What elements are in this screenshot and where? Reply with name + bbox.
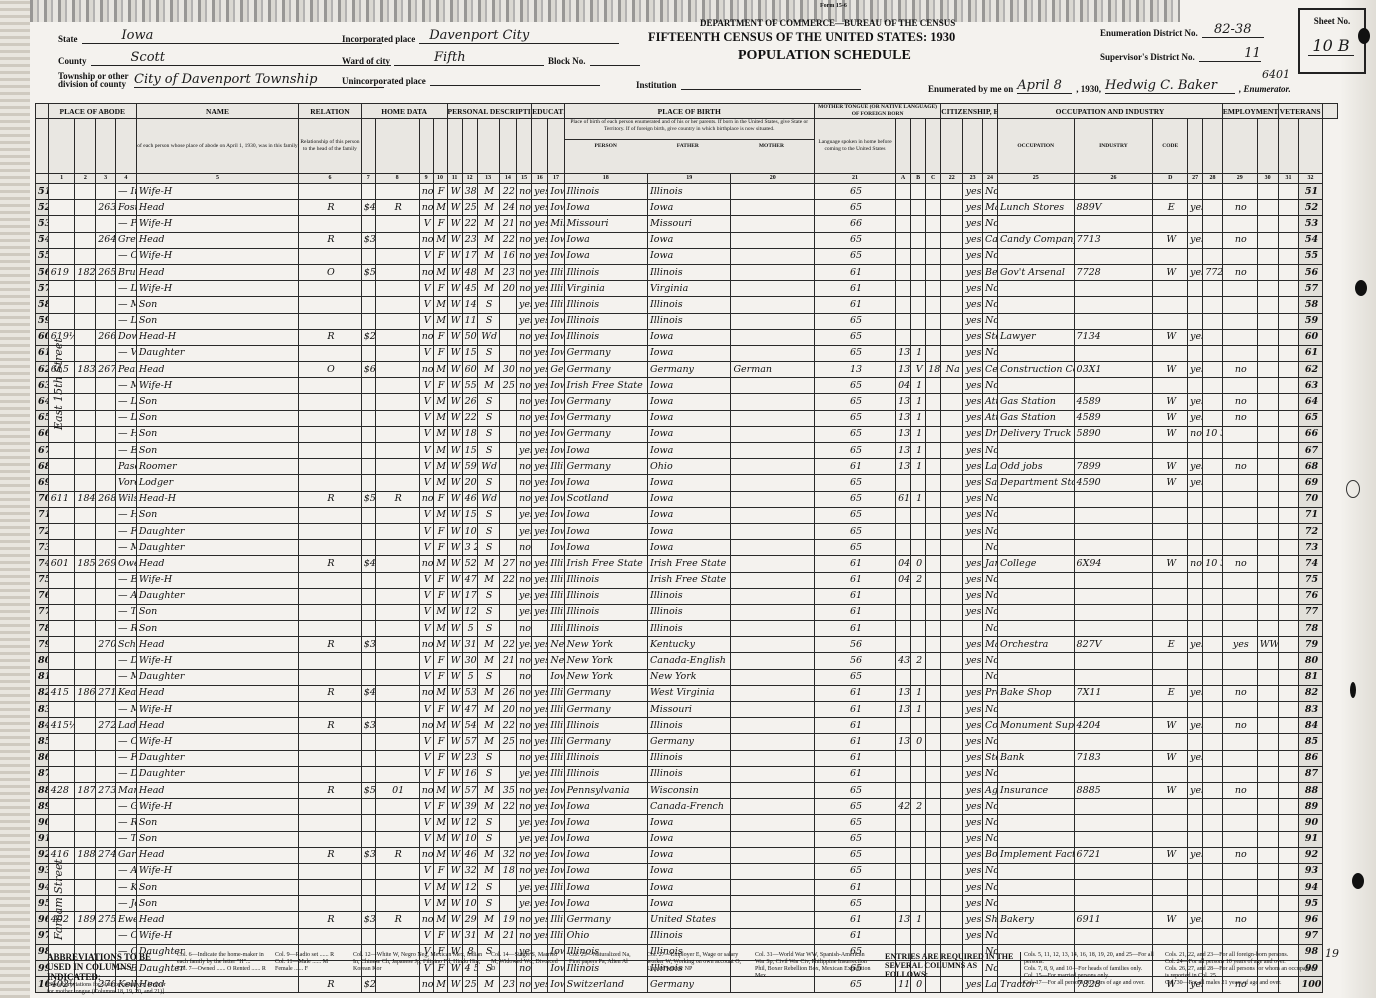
cell-age: 57 <box>462 782 477 798</box>
cell-age: 53 <box>462 685 477 701</box>
cell-value <box>361 475 375 491</box>
cell-codeC: 1 <box>911 912 926 928</box>
table-row: 70611184268Wilson, Carrie BHead-HR$50Rno… <box>36 491 1338 507</box>
cell-codeA: 65 <box>814 540 895 556</box>
line-number: 53 <box>36 216 49 232</box>
cell-family: 275 <box>96 912 116 928</box>
cell-codeD: 4204 <box>1074 718 1153 734</box>
line-number: 62 <box>36 362 49 378</box>
cell-read: yes <box>532 248 548 264</box>
cell-marital: S <box>477 345 499 361</box>
cell-value: $38 <box>361 847 375 863</box>
cell-relation: Wife-H <box>136 799 298 815</box>
cell-value <box>361 863 375 879</box>
line-number-right: 58 <box>1299 297 1322 313</box>
cell-pob: Iowa <box>548 847 564 863</box>
line-number: 70 <box>36 491 49 507</box>
line-number: 67 <box>36 443 49 459</box>
cell-age: 31 <box>462 928 477 944</box>
table-row: 56619182265Bruckmann, FredHeadO$5000noMW… <box>36 264 1338 280</box>
cell-war <box>1257 912 1278 928</box>
cell-codeD: 7713 <box>1074 232 1153 248</box>
cell-mother: Iowa <box>648 523 731 539</box>
cell-street <box>48 248 75 264</box>
cell-name: Pasch, Frank <box>115 459 136 475</box>
cell-codeD <box>1074 653 1153 669</box>
cell-father: Germany <box>564 702 647 718</box>
line-number-right: 97 <box>1299 928 1322 944</box>
cell-cls: W <box>1153 475 1188 491</box>
cell-nat <box>941 410 963 426</box>
cell-eng: yes <box>963 200 983 216</box>
cell-radio <box>375 750 419 766</box>
cell-unemp <box>1203 362 1223 378</box>
cell-school: no <box>517 912 532 928</box>
cell-cls: W <box>1153 264 1188 280</box>
cell-age-marr: 22 <box>499 799 516 815</box>
cell-emp <box>1188 831 1203 847</box>
cell-value: $40 <box>361 556 375 572</box>
cell-mother: Iowa <box>648 378 731 394</box>
cell-farm-schedule <box>1278 297 1299 313</box>
cell-own: R <box>299 718 362 734</box>
ward-value: Fifth <box>394 50 544 66</box>
cell-own: R <box>299 491 362 507</box>
cell-ind <box>998 297 1075 313</box>
cell-dwelling <box>75 378 96 394</box>
cell-farm-schedule <box>1278 491 1299 507</box>
cell-unemp <box>1203 815 1223 831</box>
cell-codeD: 827V <box>1074 637 1153 653</box>
cell-emp <box>1188 604 1203 620</box>
cell-sex: M <box>433 815 447 831</box>
cell-farm: V <box>419 378 433 394</box>
cell-age: 52 <box>462 556 477 572</box>
cell-ind: Construction Co. <box>998 362 1075 378</box>
cell-race: W <box>447 588 462 604</box>
cell-imm <box>926 232 941 248</box>
cell-tongue <box>731 232 814 248</box>
cell-codeD <box>1074 831 1153 847</box>
cell-cls <box>1153 880 1188 896</box>
cell-pob: Illinois <box>548 880 564 896</box>
line-number-right: 75 <box>1299 572 1322 588</box>
cell-mother: Iowa <box>648 232 731 248</box>
cell-dwelling <box>75 799 96 815</box>
cell-school: no <box>517 264 532 280</box>
cell-name: — Carrie <box>115 928 136 944</box>
cell-name: — Carrie <box>115 734 136 750</box>
cell-codeD <box>1074 799 1153 815</box>
cell-codeC <box>911 637 926 653</box>
cell-codeD: 4590 <box>1074 475 1153 491</box>
cell-codeA: 65 <box>814 345 895 361</box>
cell-marital: Wd <box>477 329 499 345</box>
cell-street <box>48 540 75 556</box>
cell-occ: Stenographer <box>982 329 997 345</box>
entries-required-left: Cols. 5, 11, 12, 13, 14, 16, 18, 19, 20,… <box>1020 952 1164 987</box>
cell-marital: M <box>477 799 499 815</box>
cell-family <box>96 750 116 766</box>
cell-pob: Iowa <box>548 863 564 879</box>
cell-father: Germany <box>564 459 647 475</box>
cell-unemp <box>1203 637 1223 653</box>
block-label: Block No. <box>548 56 586 66</box>
cell-imm <box>926 685 941 701</box>
cell-cls: W <box>1153 426 1188 442</box>
cell-codeC: 2 <box>911 653 926 669</box>
cell-war <box>1257 556 1278 572</box>
cell-family <box>96 313 116 329</box>
cell-nat <box>941 588 963 604</box>
cell-eng: yes <box>963 426 983 442</box>
cell-family: 267 <box>96 362 116 378</box>
cell-mother: Iowa <box>648 491 731 507</box>
cell-mother: Illinois <box>648 766 731 782</box>
cell-mother: Germany <box>648 362 731 378</box>
cell-mother: Illinois <box>648 750 731 766</box>
table-row: 75— EllaWife-HVFW47M22noyesIllinoisIllin… <box>36 572 1338 588</box>
cell-sex: F <box>433 572 447 588</box>
cell-race: W <box>447 313 462 329</box>
cell-cls <box>1153 184 1188 200</box>
cell-name: Schultz, Bernie <box>115 637 136 653</box>
cell-vet: no <box>1222 718 1257 734</box>
cell-codeC <box>911 216 926 232</box>
cell-tongue <box>731 540 814 556</box>
cell-codeD <box>1074 540 1153 556</box>
cell-name: — Robert <box>115 815 136 831</box>
cell-mother: Missouri <box>648 702 731 718</box>
cell-codeA: 61 <box>814 750 895 766</box>
cell-marital: M <box>477 734 499 750</box>
cell-pob: Illinois <box>548 264 564 280</box>
table-row: 67— EverettSonVMW15SyesyesIowaIowaIowa65… <box>36 443 1338 459</box>
cell-codeA: 65 <box>814 313 895 329</box>
cell-own <box>299 475 362 491</box>
cell-age: 48 <box>462 264 477 280</box>
cell-eng: yes <box>963 766 983 782</box>
cell-family <box>96 281 116 297</box>
cell-codeD <box>1074 184 1153 200</box>
cell-imm <box>926 507 941 523</box>
cell-sex: M <box>433 297 447 313</box>
cell-eng: yes <box>963 216 983 232</box>
cell-race: W <box>447 443 462 459</box>
cell-nat <box>941 264 963 280</box>
cell-sex: M <box>433 604 447 620</box>
cell-tongue <box>731 378 814 394</box>
cell-farm-schedule <box>1278 702 1299 718</box>
cell-own <box>299 831 362 847</box>
cell-cls <box>1153 345 1188 361</box>
cell-radio <box>375 540 419 556</box>
cell-dwelling: 186 <box>75 685 96 701</box>
cell-sex: M <box>433 896 447 912</box>
cell-dwelling: 189 <box>75 912 96 928</box>
cell-emp <box>1188 507 1203 523</box>
cell-unemp <box>1203 459 1223 475</box>
cell-tongue <box>731 426 814 442</box>
cell-pob: Iowa <box>548 540 564 556</box>
cell-vet: no <box>1222 782 1257 798</box>
cell-unemp <box>1203 443 1223 459</box>
cell-ind <box>998 491 1075 507</box>
cell-own <box>299 443 362 459</box>
cell-nat <box>941 734 963 750</box>
incorporated-place-field: Incorporated place Davenport City <box>342 28 619 44</box>
cell-tongue <box>731 184 814 200</box>
cell-radio: R <box>375 491 419 507</box>
cell-name: — Virginia <box>115 345 136 361</box>
cell-nat <box>941 556 963 572</box>
enumeration-district-value: 82-38 <box>1202 22 1264 38</box>
cell-street <box>48 507 75 523</box>
cell-marital: M <box>477 863 499 879</box>
cell-age-marr: 30 <box>499 362 516 378</box>
cell-imm <box>926 782 941 798</box>
cell-codeC: 2 <box>911 572 926 588</box>
cell-pob: Illinois <box>548 718 564 734</box>
cell-own <box>299 669 362 685</box>
cell-dwelling <box>75 718 96 734</box>
cell-farm: V <box>419 750 433 766</box>
cell-father: Germany <box>564 912 647 928</box>
cell-tongue <box>731 216 814 232</box>
name-column-description: of each person whose place of abode on A… <box>136 119 298 174</box>
cell-dwelling <box>75 248 96 264</box>
cell-race: W <box>447 766 462 782</box>
cell-age: 45 <box>462 281 477 297</box>
cell-relation: Wife-H <box>136 863 298 879</box>
cell-radio <box>375 669 419 685</box>
cell-war <box>1257 443 1278 459</box>
cell-own: R <box>299 847 362 863</box>
census-page: State Iowa County Scott Township or othe… <box>0 0 1376 998</box>
cell-nat <box>941 281 963 297</box>
cell-imm <box>926 928 941 944</box>
cell-farm: V <box>419 345 433 361</box>
cell-occ: None <box>982 702 997 718</box>
cell-cls <box>1153 313 1188 329</box>
cell-family: 271 <box>96 685 116 701</box>
cell-imm <box>926 653 941 669</box>
cell-family <box>96 863 116 879</box>
cell-age: 10 <box>462 831 477 847</box>
cell-read: yes <box>532 443 548 459</box>
cell-school: no <box>517 556 532 572</box>
cell-nat <box>941 637 963 653</box>
cell-codeA: 61 <box>814 556 895 572</box>
block-value <box>590 65 640 66</box>
cell-eng: yes <box>963 734 983 750</box>
line-number: 76 <box>36 588 49 604</box>
cell-read: yes <box>532 345 548 361</box>
cell-eng: yes <box>963 443 983 459</box>
cell-unemp <box>1203 184 1223 200</box>
cell-vet <box>1222 880 1257 896</box>
cell-war <box>1257 750 1278 766</box>
cell-codeA: 65 <box>814 831 895 847</box>
cell-read: yes <box>532 588 548 604</box>
cell-sex: F <box>433 928 447 944</box>
cell-family <box>96 928 116 944</box>
group-employment: EMPLOYMENT <box>1222 104 1278 119</box>
cell-pob: New York <box>548 653 564 669</box>
cell-nat <box>941 685 963 701</box>
cell-family <box>96 443 116 459</box>
cell-relation: Head <box>136 232 298 248</box>
cell-read <box>532 621 548 637</box>
line-number-right: 93 <box>1299 863 1322 879</box>
cell-pob: Iowa <box>548 410 564 426</box>
cell-ind <box>998 653 1075 669</box>
cell-eng: yes <box>963 799 983 815</box>
table-row: 66— HerbertSonVMW18SnoyesIowaGermanyIowa… <box>36 426 1338 442</box>
cell-codeA: 65 <box>814 782 895 798</box>
cell-codeA: 61 <box>814 912 895 928</box>
supervisor-district-field: Supervisor's District No. 11 <box>1100 46 1261 62</box>
cell-own <box>299 507 362 523</box>
cell-tongue <box>731 621 814 637</box>
cell-dwelling <box>75 880 96 896</box>
cell-farm-schedule <box>1278 556 1299 572</box>
cell-street <box>48 750 75 766</box>
cell-radio <box>375 637 419 653</box>
cell-pob: Iowa <box>548 248 564 264</box>
cell-nat <box>941 912 963 928</box>
cell-vet <box>1222 734 1257 750</box>
cell-unemp <box>1203 766 1223 782</box>
cell-emp: yes <box>1188 637 1203 653</box>
cell-codeB <box>896 588 911 604</box>
cell-codeB <box>896 184 911 200</box>
line-number: 81 <box>36 669 49 685</box>
cell-value: $44 <box>361 200 375 216</box>
cell-sex: F <box>433 588 447 604</box>
cell-codeD <box>1074 766 1153 782</box>
cell-war <box>1257 523 1278 539</box>
cell-street <box>48 831 75 847</box>
cell-occ: None <box>982 928 997 944</box>
cell-cls <box>1153 507 1188 523</box>
cell-codeB: 13 <box>896 362 911 378</box>
cell-eng: yes <box>963 718 983 734</box>
cell-sex: M <box>433 880 447 896</box>
cell-unemp <box>1203 734 1223 750</box>
cell-vet <box>1222 345 1257 361</box>
cell-farm: V <box>419 313 433 329</box>
cell-street: 619 <box>48 264 75 280</box>
county-field: County Scott <box>58 50 391 66</box>
cell-codeD: 4589 <box>1074 394 1153 410</box>
cell-cls <box>1153 491 1188 507</box>
cell-vet: no <box>1222 410 1257 426</box>
cell-codeC <box>911 248 926 264</box>
cell-nat <box>941 815 963 831</box>
cell-father: Ohio <box>564 928 647 944</box>
cell-unemp <box>1203 394 1223 410</box>
cell-pob: Iowa <box>548 799 564 815</box>
cell-eng: yes <box>963 782 983 798</box>
cell-codeA: 65 <box>814 669 895 685</box>
cell-pob: Iowa <box>548 329 564 345</box>
cell-vet <box>1222 588 1257 604</box>
cell-marital: S <box>477 621 499 637</box>
cell-emp: yes <box>1188 200 1203 216</box>
cell-name: — Morris <box>115 297 136 313</box>
abbreviations-title: ABBREVIATIONS TO BE USED IN COLUMNS INDI… <box>47 952 167 982</box>
table-row: 53— PearlWife-HVFW22M21noyesMissouriMiss… <box>36 216 1338 232</box>
cell-marital: S <box>477 831 499 847</box>
cell-codeA: 65 <box>814 200 895 216</box>
cell-tongue <box>731 831 814 847</box>
cell-read: yes <box>532 815 548 831</box>
cell-cls: W <box>1153 232 1188 248</box>
cell-family <box>96 572 116 588</box>
cell-name: Peather, Maurice <box>115 362 136 378</box>
cell-war <box>1257 329 1278 345</box>
cell-radio <box>375 896 419 912</box>
group-relation: RELATION <box>299 104 362 119</box>
cell-marital: M <box>477 782 499 798</box>
cell-marital: S <box>477 410 499 426</box>
line-number-right: 78 <box>1299 621 1322 637</box>
cell-tongue <box>731 313 814 329</box>
cell-ind <box>998 540 1075 556</box>
cell-eng: yes <box>963 685 983 701</box>
census-title: FIFTEENTH CENSUS OF THE UNITED STATES: 1… <box>648 30 955 45</box>
cell-farm: V <box>419 863 433 879</box>
cell-sex: M <box>433 621 447 637</box>
cell-vet: no <box>1222 847 1257 863</box>
cell-farm: no <box>419 556 433 572</box>
cell-war <box>1257 799 1278 815</box>
cell-sex: F <box>433 248 447 264</box>
line-number: 52 <box>36 200 49 216</box>
cell-tongue <box>731 750 814 766</box>
cell-relation: Head <box>136 782 298 798</box>
supervisor-district-value: 11 <box>1199 46 1261 62</box>
cell-street: 601 <box>48 556 75 572</box>
cell-occ: None <box>982 572 997 588</box>
cell-relation: Head <box>136 718 298 734</box>
cell-dwelling <box>75 702 96 718</box>
cell-school: no <box>517 847 532 863</box>
cell-age-marr: 35 <box>499 782 516 798</box>
cell-unemp <box>1203 475 1223 491</box>
cell-nat <box>941 313 963 329</box>
cell-father: Germany <box>564 426 647 442</box>
cell-farm: no <box>419 491 433 507</box>
line-number: 74 <box>36 556 49 572</box>
cell-vet <box>1222 523 1257 539</box>
cell-age-marr <box>499 491 516 507</box>
cell-race: W <box>447 297 462 313</box>
cell-mother: Illinois <box>648 621 731 637</box>
cell-read: yes <box>532 880 548 896</box>
line-number: 89 <box>36 799 49 815</box>
cell-age: 31 <box>462 637 477 653</box>
cell-school: no <box>517 281 532 297</box>
cell-name: Bruckmann, Fred <box>115 264 136 280</box>
cell-school: yes <box>517 297 532 313</box>
cell-farm: no <box>419 637 433 653</box>
cell-read: yes <box>532 734 548 750</box>
cell-name: — Inah <box>115 184 136 200</box>
cell-name: Green, Lowell <box>115 232 136 248</box>
cell-cls <box>1153 863 1188 879</box>
